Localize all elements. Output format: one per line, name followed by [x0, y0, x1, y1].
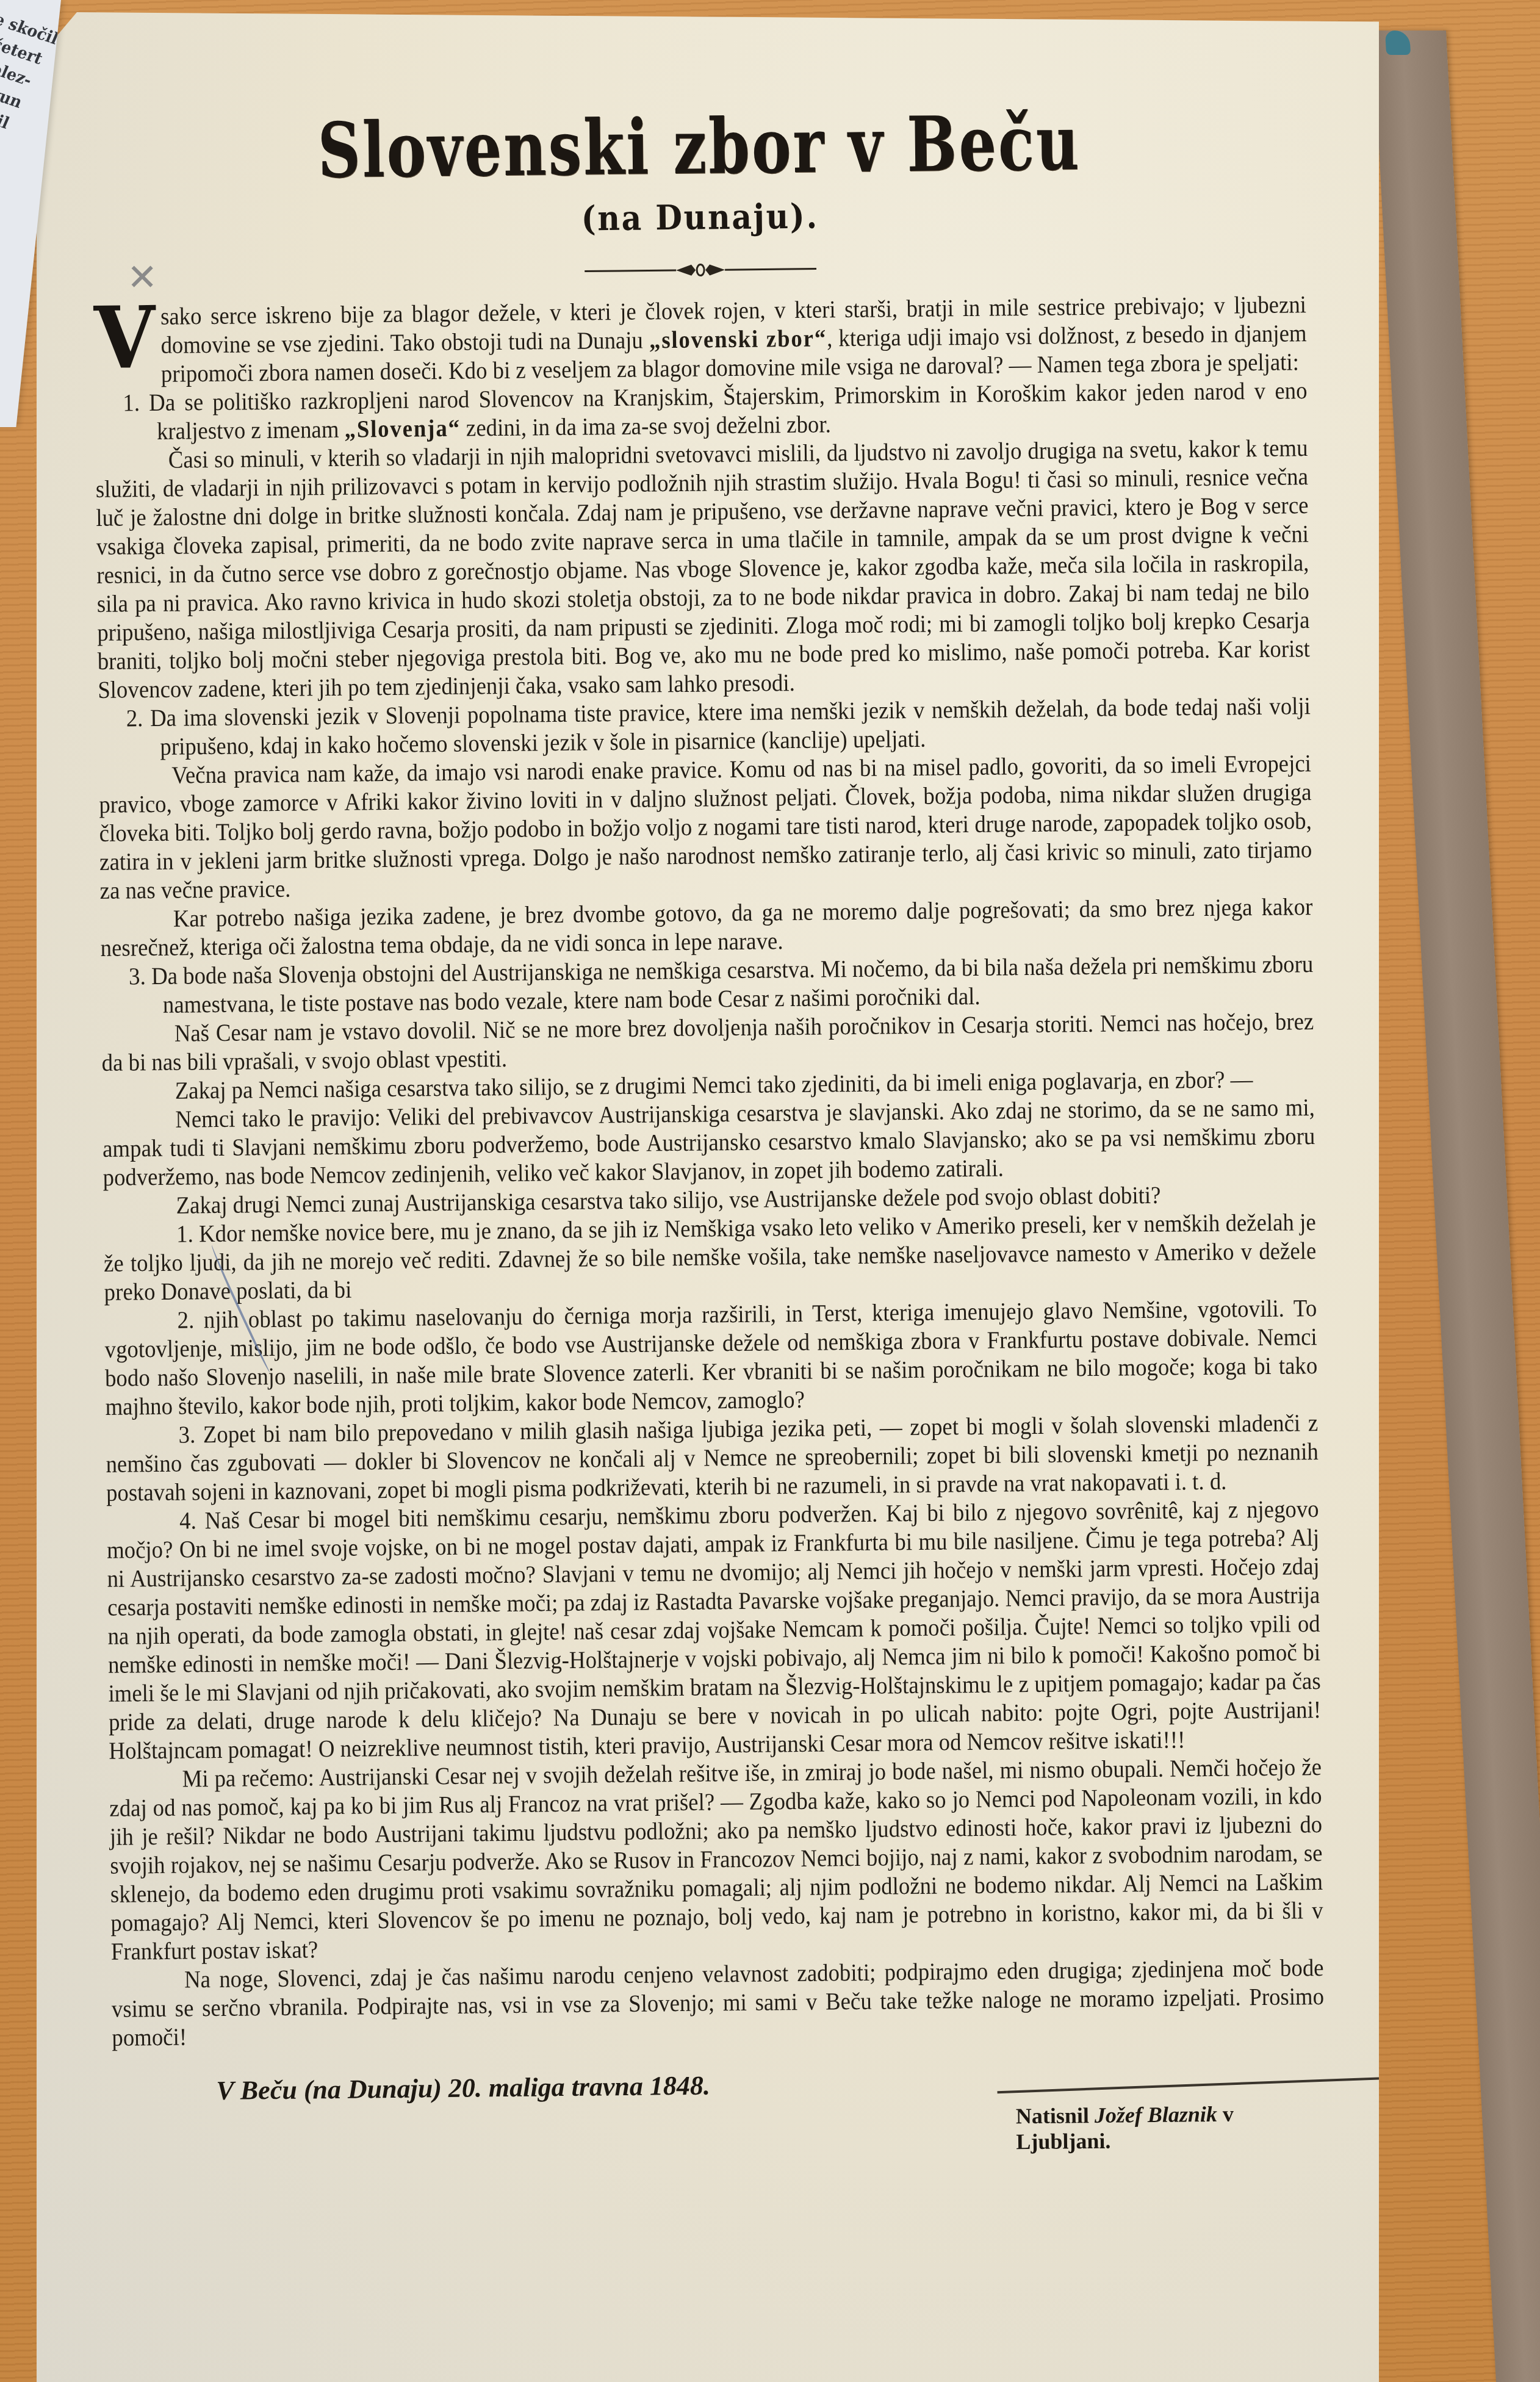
paragraph: 1. Kdor nemške novice bere, mu je znano,… [103, 1207, 1317, 1306]
page-content: Slovenski zbor v Beču (na Dunaju). V sak… [92, 79, 1327, 2150]
drop-cap: V [94, 304, 156, 372]
document-title: Slovenski zbor v Beču [225, 80, 1173, 190]
place-and-date: V Beču (na Dunaju) 20. maliga travna 184… [216, 2070, 710, 2106]
document-page: ✕ Slovenski zbor v Beču (na Dunaju). V s… [37, 12, 1379, 2382]
paragraph: 3. Zopet bi nam bilo prepovedano v milih… [106, 1408, 1319, 1507]
printer-credit: Natisnil Jožef Blaznik v Ljubljani. [1016, 2100, 1328, 2154]
paragraph: sako serce iskreno bije za blagor dežele… [94, 290, 1308, 389]
document-body: V sako serce iskreno bije za blagor deže… [94, 290, 1325, 2052]
paragraph: Nemci tako le pravijo: Veliki del prebiv… [102, 1093, 1315, 1192]
printer-prefix: Natisnil [1016, 2103, 1089, 2128]
ornament-divider-icon [585, 261, 816, 279]
paragraph: Časi so minuli, v kterih so vladarji in … [95, 433, 1311, 704]
paragraph: Na noge, Slovenci, zdaj je čas našimu na… [111, 1953, 1325, 2052]
paragraph: Večna pravica nam kaže, da imajo vsi nar… [98, 749, 1312, 905]
printer-name: Jožef Blaznik [1095, 2102, 1217, 2128]
paragraph: 2. njih oblast po takimu naselovanju do … [104, 1294, 1318, 1421]
paragraph: Mi pa rečemo: Austrijanski Cesar nej v s… [109, 1752, 1324, 1966]
paragraph: 4. Naš Cesar bi mogel biti nemškimu cesa… [106, 1494, 1322, 1765]
document-footer: V Beču (na Dunaju) 20. maliga travna 184… [112, 2064, 1327, 2150]
document-subtitle: (na Dunaju). [153, 192, 1247, 243]
